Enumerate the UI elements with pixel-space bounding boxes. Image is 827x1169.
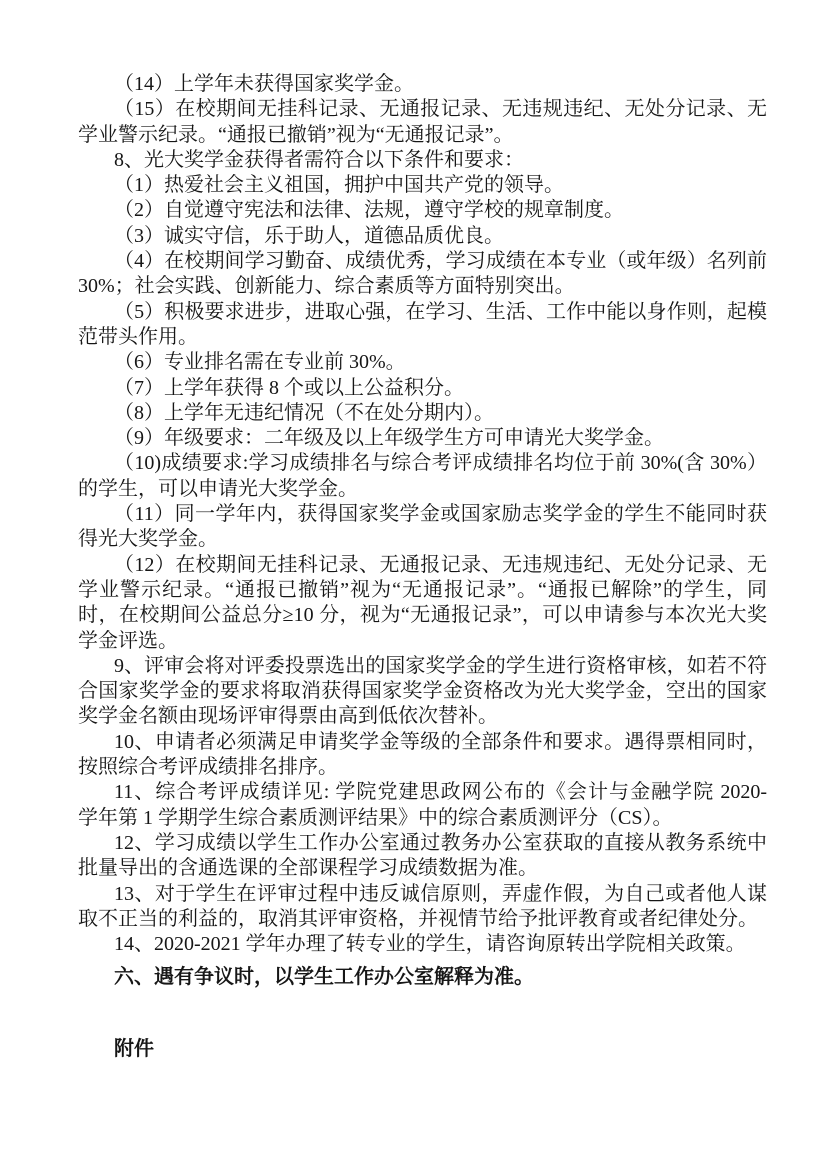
document-text-line: 得光大奖学金。 [78, 527, 767, 552]
document-text-line: 13、对于学生在评审过程中违反诚信原则，弄虚作假，为自己或者他人谋 [78, 882, 767, 907]
document-text-line: 学金评选。 [78, 629, 767, 654]
document-body: （14）上学年未获得国家奖学金。（15）在校期间无挂科记录、无通报记录、无违规违… [78, 72, 767, 1062]
document-text-line: 14、2020-2021 学年办理了转专业的学生，请咨询原转出学院相关政策。 [78, 932, 767, 957]
document-text-line: 11、综合考评成绩详见: 学院党建思政网公布的《会计与金融学院 2020-202… [78, 780, 767, 805]
document-text-line: 8、光大奖学金获得者需符合以下条件和要求： [78, 148, 767, 173]
document-text-line: （1）热爱社会主义祖国，拥护中国共产党的领导。 [78, 173, 767, 198]
document-text-line: 批量导出的含通选课的全部课程学习成绩数据为准。 [78, 856, 767, 881]
document-text-line: 奖学金名额由现场评审得票由高到低依次替补。 [78, 704, 767, 729]
document-text-line: 10、申请者必须满足申请奖学金等级的全部条件和要求。遇得票相同时， [78, 730, 767, 755]
document-text-line: 30%；社会实践、创新能力、综合素质等方面特别突出。 [78, 274, 767, 299]
document-text-line: 的学生，可以申请光大奖学金。 [78, 477, 767, 502]
document-text-line: （15）在校期间无挂科记录、无通报记录、无违规违纪、无处分记录、无 [78, 97, 767, 122]
document-text-line: 学业警示纪录。“通报已撤销”视为“无通报记录”。“通报已解除”的学生，同 [78, 578, 767, 603]
document-text-line: 合国家奖学金的要求将取消获得国家奖学金资格改为光大奖学金，空出的国家 [78, 679, 767, 704]
document-text-line: 取不正当的利益的，取消其评审资格，并视情节给予批评教育或者纪律处分。 [78, 907, 767, 932]
document-text-line: （2）自觉遵守宪法和法律、法规，遵守学校的规章制度。 [78, 198, 767, 223]
document-text-line: 学年第 1 学期学生综合素质测评结果》中的综合素质测评分（CS）。 [78, 806, 767, 831]
document-text-line: 学业警示纪录。“通报已撤销”视为“无通报记录”。 [78, 123, 767, 148]
document-text-line: （10)成绩要求:学习成绩排名与综合考评成绩排名均位于前 30%(含 30%） [78, 451, 767, 476]
document-text-line: 按照综合考评成绩排名排序。 [78, 755, 767, 780]
document-text-line: （4）在校期间学习勤奋、成绩优秀，学习成绩在本专业（或年级）名列前 [78, 249, 767, 274]
document-text-line: （7）上学年获得 8 个或以上公益积分。 [78, 376, 767, 401]
document-text-line: 时，在校期间公益总分≥10 分，视为“无通报记录”，可以申请参与本次光大奖 [78, 603, 767, 628]
document-text-line: （12）在校期间无挂科记录、无通报记录、无违规违纪、无处分记录、无 [78, 553, 767, 578]
document-text-line: （6）专业排名需在专业前 30%。 [78, 350, 767, 375]
document-text-line: （14）上学年未获得国家奖学金。 [78, 72, 767, 97]
attachment-label: 附件 [78, 1037, 767, 1062]
document-text-line: 范带头作用。 [78, 325, 767, 350]
document-text-line: （9）年级要求：二年级及以上年级学生方可申请光大奖学金。 [78, 426, 767, 451]
section-heading-line: 六、遇有争议时，以学生工作办公室解释为准。 [78, 965, 767, 990]
document-page: （14）上学年未获得国家奖学金。（15）在校期间无挂科记录、无通报记录、无违规违… [0, 0, 827, 1169]
document-text-line: （3）诚实守信，乐于助人，道德品质优良。 [78, 224, 767, 249]
document-text-line: （5）积极要求进步，进取心强，在学习、生活、工作中能以身作则，起模 [78, 300, 767, 325]
document-text-line: （11）同一学年内，获得国家奖学金或国家励志奖学金的学生不能同时获 [78, 502, 767, 527]
document-text-line: （8）上学年无违纪情况（不在处分期内）。 [78, 401, 767, 426]
document-text-line: 12、学习成绩以学生工作办公室通过教务办公室获取的直接从教务系统中 [78, 831, 767, 856]
document-text-line: 9、评审会将对评委投票选出的国家奖学金的学生进行资格审核，如若不符 [78, 654, 767, 679]
